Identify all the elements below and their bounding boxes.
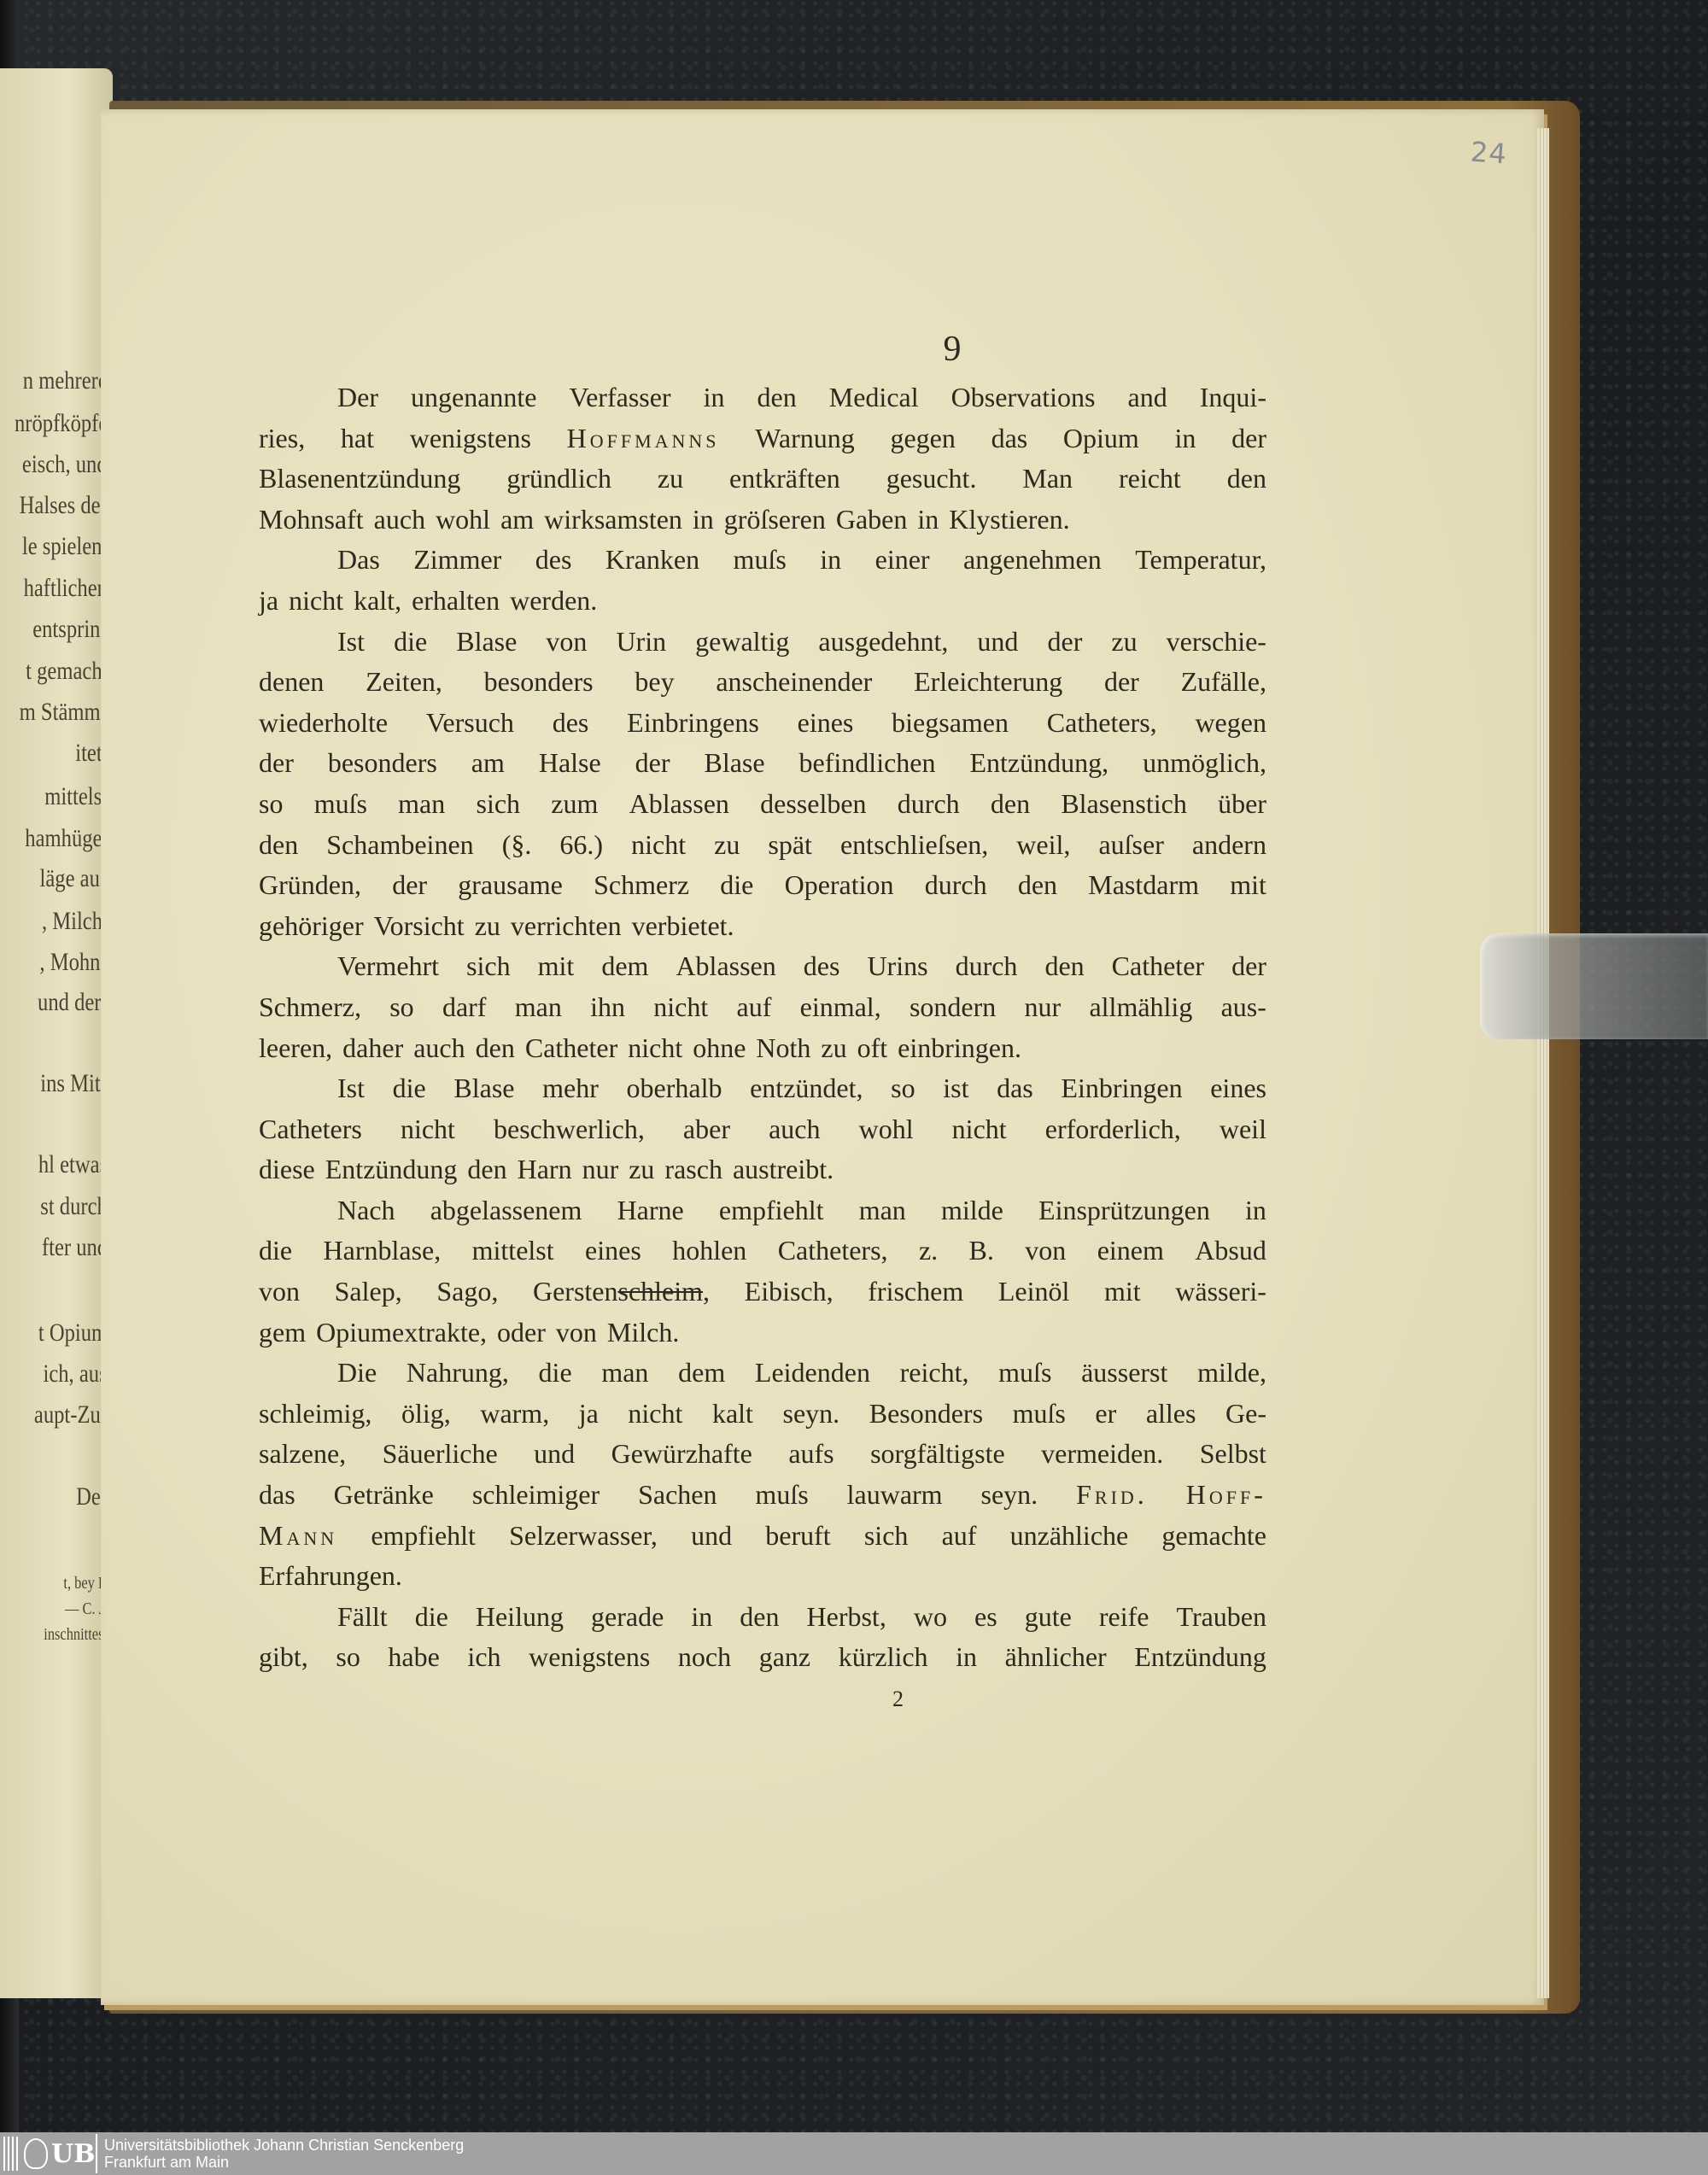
word: zu xyxy=(658,459,683,500)
word: der xyxy=(635,743,670,784)
printer-signature-mark: 2 xyxy=(892,1687,904,1712)
word: der xyxy=(1047,622,1082,663)
left-page-text-line: entsprin- xyxy=(33,615,108,644)
word: Schmerz xyxy=(594,865,689,906)
word: nur xyxy=(1025,987,1062,1028)
word: in xyxy=(1175,418,1196,459)
portrait-icon xyxy=(24,2138,48,2169)
word: den xyxy=(1018,865,1057,906)
word: Blase xyxy=(456,622,517,663)
word: Temperatur, xyxy=(1135,540,1266,581)
word: ohne xyxy=(693,1028,746,1069)
left-page-text-line: ich, aus xyxy=(44,1359,108,1389)
text-line: Cathetersnichtbeschwerlich,aberauchwohln… xyxy=(259,1109,1266,1150)
text-line: gehörigerVorsichtzuverrichtenverbietet. xyxy=(259,906,1266,947)
word: Verfasser xyxy=(570,377,671,418)
word: mit xyxy=(538,946,575,987)
struck-word: schleim xyxy=(617,1276,703,1307)
word: muſs xyxy=(755,1475,808,1516)
word: gewaltig xyxy=(695,622,789,663)
word: gröſseren xyxy=(724,500,826,541)
word: die xyxy=(415,1597,448,1638)
text-line: FälltdieHeilunggeradeindenHerbst,woesgut… xyxy=(259,1597,1266,1638)
word: angenehmen xyxy=(963,540,1102,581)
word: Entzündung, xyxy=(969,743,1108,784)
word: Absud xyxy=(1195,1231,1266,1272)
word: den xyxy=(757,377,797,418)
library-footer-banner: UB Universitätsbibliothek Johann Christi… xyxy=(0,2132,1708,2175)
word: ist xyxy=(943,1068,968,1109)
word: wohl xyxy=(859,1109,914,1150)
word: Catheters, xyxy=(778,1231,888,1272)
word: rasch xyxy=(664,1149,722,1190)
page-number: 9 xyxy=(0,329,1708,370)
text-line: vonSalep,Sago,Gerstenschleim,Eibisch,fri… xyxy=(259,1272,1266,1313)
text-line: DasZimmerdesKrankenmuſsineinerangenehmen… xyxy=(259,540,1266,581)
word: des xyxy=(535,540,572,581)
word: Catheter xyxy=(1112,946,1204,987)
word: Erleichterung xyxy=(914,662,1062,703)
word: ihn xyxy=(590,987,625,1028)
word: ganz xyxy=(759,1637,810,1678)
word: Säuerliche xyxy=(383,1434,498,1475)
word: austreibt. xyxy=(733,1149,834,1190)
word: Leinöl xyxy=(998,1272,1070,1313)
word: anscheinender xyxy=(716,662,872,703)
word: Gewürzhafte xyxy=(611,1434,752,1475)
word: weil xyxy=(1220,1109,1266,1150)
word: schleimiger xyxy=(472,1475,600,1516)
left-page-text-line: läge aus xyxy=(39,864,108,893)
word: schleimig, xyxy=(259,1394,371,1435)
left-page-text-line: haftlichen xyxy=(24,574,108,603)
word: sich xyxy=(864,1516,909,1557)
word: darf xyxy=(442,987,487,1028)
word: gibt, xyxy=(259,1637,308,1678)
word: wo xyxy=(914,1597,947,1638)
word: kalt xyxy=(712,1394,753,1435)
word: die xyxy=(720,865,753,906)
text-line: ries,hatwenigstensHoffmannsWarnunggegend… xyxy=(259,418,1266,459)
word: Milch. xyxy=(607,1313,679,1354)
word: nicht xyxy=(952,1109,1007,1150)
word: Gründen, xyxy=(259,865,361,906)
word: Ist xyxy=(337,622,365,663)
word: wohl xyxy=(436,500,490,541)
word: muſs xyxy=(1013,1394,1066,1435)
word: sich xyxy=(466,946,511,987)
left-page-text-line: t Opium xyxy=(38,1318,108,1348)
word: befindlichen xyxy=(799,743,936,784)
text-line: wiederholteVersuchdesEinbringenseinesbie… xyxy=(259,703,1266,744)
word: von xyxy=(546,622,587,663)
word: z. xyxy=(919,1231,938,1272)
word: Observations xyxy=(951,377,1096,418)
word: den xyxy=(259,825,298,866)
word: in xyxy=(691,1597,712,1638)
word: Mastdarm xyxy=(1088,865,1199,906)
word: er xyxy=(1095,1394,1116,1435)
word: der xyxy=(259,743,294,784)
text-line: dieHarnblase,mittelsteineshohlenCatheter… xyxy=(259,1231,1266,1272)
text-line: IstdieBlasevonUringewaltigausgedehnt,und… xyxy=(259,622,1266,663)
word: seyn. xyxy=(783,1394,840,1435)
word: sich xyxy=(476,784,520,825)
library-name: Universitätsbibliothek Johann Christian … xyxy=(104,2137,464,2171)
word: lauwarm xyxy=(847,1475,943,1516)
word: verbietet. xyxy=(632,906,734,947)
word: so xyxy=(259,784,283,825)
word: Blase xyxy=(453,1068,514,1109)
word: Schambeinen xyxy=(326,825,473,866)
text-line: DerungenannteVerfasserindenMedicalObserv… xyxy=(259,377,1266,418)
left-page-text-line: n mehrere xyxy=(23,366,108,395)
left-page-text-line: mittelst xyxy=(44,782,108,811)
word: bey xyxy=(635,662,674,703)
text-line: NachabgelassenemHarneempfiehltmanmildeEi… xyxy=(259,1190,1266,1231)
word: gehöriger xyxy=(259,906,364,947)
word: wenigstens xyxy=(410,418,531,459)
word: ja xyxy=(579,1394,599,1435)
left-page-text-line: fter und xyxy=(42,1233,108,1262)
left-page-text-line: ins Mit- xyxy=(40,1069,108,1098)
word: in xyxy=(704,377,725,418)
word: Herbst, xyxy=(807,1597,886,1638)
word: Das xyxy=(337,540,380,581)
word: wegen xyxy=(1195,703,1266,744)
word: einer xyxy=(875,540,930,581)
word: in xyxy=(1245,1190,1266,1231)
word: nicht xyxy=(631,825,686,866)
word: hohlen xyxy=(672,1231,746,1272)
word: andern xyxy=(1192,825,1266,866)
word: Nahrung, xyxy=(407,1353,509,1394)
word: Catheter xyxy=(525,1028,617,1069)
text-line: Gründen,dergrausameSchmerzdieOperationdu… xyxy=(259,865,1266,906)
word: mit xyxy=(1230,865,1266,906)
word: in xyxy=(917,500,939,541)
word: wässeri- xyxy=(1175,1272,1266,1313)
word: besonders xyxy=(484,662,594,703)
word: beruft xyxy=(765,1516,830,1557)
word: dem xyxy=(601,946,648,987)
word: 66.) xyxy=(559,825,603,866)
word: mit xyxy=(1104,1272,1141,1313)
word: eines xyxy=(1210,1068,1266,1109)
left-page-text-line: hamhügel xyxy=(25,824,108,853)
word: Frid. xyxy=(1076,1475,1148,1516)
word: muſs xyxy=(734,540,787,581)
word: reicht xyxy=(1119,459,1181,500)
word: Salep, xyxy=(335,1272,402,1313)
word: Mohnsaft xyxy=(259,500,364,541)
left-page-text-line: nröpfköpfe xyxy=(15,409,108,438)
word: Hoff- xyxy=(1186,1475,1266,1516)
text-line: denSchambeinen(§.66.)nichtzuspätentschli… xyxy=(259,825,1266,866)
left-page-text-line: m Stämm- xyxy=(20,698,108,727)
word: den xyxy=(1044,946,1084,987)
word: das xyxy=(991,418,1028,459)
word: nur xyxy=(582,1149,619,1190)
word: man xyxy=(515,987,562,1028)
word: Warnung xyxy=(755,418,855,459)
word: B. xyxy=(969,1231,994,1272)
word: denen xyxy=(259,662,324,703)
word: Die xyxy=(337,1353,377,1394)
word: Besonders xyxy=(869,1394,983,1435)
word: gegen xyxy=(890,418,955,459)
word: unzähliche xyxy=(1010,1516,1129,1557)
word: seyn. xyxy=(981,1475,1038,1516)
word: einbringen. xyxy=(898,1028,1021,1069)
word: aufs xyxy=(788,1434,834,1475)
text-line: Mohnsaftauchwohlamwirksamsteningröſseren… xyxy=(259,500,1266,541)
text-line: schleimig,ölig,warm,janichtkaltseyn.Beso… xyxy=(259,1394,1266,1435)
word: ölig, xyxy=(401,1394,451,1435)
word: Blasenstich xyxy=(1061,784,1187,825)
word: Mann xyxy=(259,1516,337,1557)
word: Man xyxy=(1022,459,1073,500)
word: Einbringen xyxy=(1061,1068,1182,1109)
word: zu xyxy=(821,1028,846,1069)
word: Vermehrt xyxy=(337,946,439,987)
word: so xyxy=(891,1068,915,1109)
word: durch xyxy=(956,946,1018,987)
word: desselben xyxy=(760,784,866,825)
word: kürzlich xyxy=(839,1637,928,1678)
word: zu xyxy=(714,825,740,866)
word: der xyxy=(1231,418,1266,459)
word: nicht xyxy=(289,581,343,622)
word: den xyxy=(991,784,1030,825)
word: Selbst xyxy=(1200,1434,1266,1475)
pillars-icon xyxy=(3,2137,19,2171)
word: grausame xyxy=(458,865,563,906)
word: Gaben xyxy=(836,500,908,541)
page-body-text: DerungenannteVerfasserindenMedicalObserv… xyxy=(259,377,1266,1678)
word: Sachen xyxy=(638,1475,717,1516)
word: auch xyxy=(374,500,425,541)
text-line: Blasenentzündunggründlichzuentkräftenges… xyxy=(259,459,1266,500)
word: Zimmer xyxy=(413,540,501,581)
word: Selzerwasser, xyxy=(509,1516,658,1557)
word: Harn xyxy=(518,1149,572,1190)
word: die xyxy=(259,1231,292,1272)
word: des xyxy=(553,703,589,744)
word: auch xyxy=(769,1109,820,1150)
word: Trauben xyxy=(1177,1597,1266,1638)
word: ries, xyxy=(259,418,305,459)
word: ich xyxy=(467,1637,500,1678)
word: man xyxy=(601,1353,648,1394)
word: zum xyxy=(551,784,598,825)
word: auf xyxy=(736,987,771,1028)
word: Zeiten, xyxy=(366,662,442,703)
word: Halse xyxy=(539,743,601,784)
word: Inqui- xyxy=(1200,377,1266,418)
word: Catheters xyxy=(259,1109,362,1150)
text-line: somuſsmansichzumAblassendesselbendurchde… xyxy=(259,784,1266,825)
word: allmählig xyxy=(1089,987,1192,1028)
left-page-text-line: aupt-Zu- xyxy=(34,1400,108,1430)
word: besonders xyxy=(328,743,437,784)
word: milde xyxy=(941,1190,1003,1231)
word: gem xyxy=(259,1313,306,1354)
word: es xyxy=(974,1597,997,1638)
word: zu xyxy=(1111,622,1137,663)
word: zu xyxy=(475,906,500,947)
word: Harnblase, xyxy=(324,1231,442,1272)
word: daher xyxy=(342,1028,403,1069)
library-name-line1: Universitätsbibliothek Johann Christian … xyxy=(104,2137,464,2154)
word: durch xyxy=(925,865,987,906)
logo-text: UB xyxy=(51,2139,96,2169)
word: Urin xyxy=(616,622,666,663)
text-line: Schmerz,sodarfmanihnnichtaufeinmal,sonde… xyxy=(259,987,1266,1028)
word: alles xyxy=(1146,1394,1196,1435)
word: wiederholte xyxy=(259,703,388,744)
word: Klystieren. xyxy=(949,500,1069,541)
word: Sago, xyxy=(436,1272,498,1313)
text-line: salzene,SäuerlicheundGewürzhafteaufssorg… xyxy=(259,1434,1266,1475)
word: empfiehlt xyxy=(719,1190,824,1231)
word: gesucht. xyxy=(886,459,977,500)
text-line: janichtkalt,erhaltenwerden. xyxy=(259,581,1266,622)
text-line: derbesondersamHalsederBlasebefindlichenE… xyxy=(259,743,1266,784)
word: Erfahrungen. xyxy=(259,1556,402,1597)
word: mittelst xyxy=(472,1231,554,1272)
left-page-text-line: und der- xyxy=(38,988,108,1017)
word: leeren, xyxy=(259,1028,332,1069)
word: das xyxy=(997,1068,1033,1109)
left-page-text-line: , Mohn- xyxy=(40,948,108,977)
word: aus- xyxy=(1221,987,1266,1028)
word: Catheters, xyxy=(1047,703,1157,744)
word: verschie- xyxy=(1167,622,1266,663)
word: ja xyxy=(259,581,278,622)
word: oberhalb xyxy=(627,1068,722,1109)
word: den xyxy=(476,1028,515,1069)
word: Noth xyxy=(756,1028,810,1069)
word: über xyxy=(1218,784,1266,825)
text-line: leeren,daherauchdenCatheternichtohneNoth… xyxy=(259,1028,1266,1069)
word: weil, xyxy=(1016,825,1070,866)
word: so xyxy=(389,987,413,1028)
word: reife xyxy=(1099,1597,1149,1638)
word: Blase xyxy=(704,743,764,784)
word: Zufälle, xyxy=(1181,662,1266,703)
left-page-text-line: , Milch, xyxy=(42,907,108,936)
word: der xyxy=(1231,946,1266,987)
word: Opiumextrakte, xyxy=(316,1313,487,1354)
word: wirksamsten xyxy=(544,500,682,541)
word: Urins xyxy=(867,946,927,987)
word: von xyxy=(556,1313,597,1354)
word: muſs xyxy=(314,784,367,825)
word: werden. xyxy=(510,581,597,622)
ub-logo: UB xyxy=(2,2134,97,2173)
word: auch xyxy=(413,1028,465,1069)
word: gemachte xyxy=(1161,1516,1266,1557)
word: nicht xyxy=(628,1028,682,1069)
word: oder xyxy=(497,1313,546,1354)
word: milde, xyxy=(1197,1353,1266,1394)
left-page-text-line: t gemacht xyxy=(26,657,108,686)
word: Hoffmanns xyxy=(567,418,720,459)
word: Ablassen xyxy=(629,784,729,825)
word: diese xyxy=(259,1149,315,1190)
word: in xyxy=(693,500,714,541)
word: Nach xyxy=(337,1190,395,1231)
word: nicht xyxy=(401,1109,455,1150)
word: man xyxy=(859,1190,906,1231)
word: äusserst xyxy=(1081,1353,1167,1394)
text-line: dasGetränkeschleimigerSachenmuſslauwarms… xyxy=(259,1475,1266,1516)
word: in xyxy=(820,540,841,581)
left-page-text-line: hl etwas xyxy=(38,1150,108,1179)
word: Ablassen xyxy=(676,946,775,987)
word: and xyxy=(1128,377,1167,418)
word: Fällt xyxy=(337,1597,388,1638)
word: vermeiden. xyxy=(1041,1434,1163,1475)
word: muſs xyxy=(998,1353,1051,1394)
word: Vorsicht xyxy=(374,906,465,947)
word: beschwerlich, xyxy=(494,1109,645,1150)
word: den xyxy=(740,1597,779,1638)
word: Versuch xyxy=(426,703,514,744)
left-page-text-line: Halses der xyxy=(20,491,108,520)
word: von xyxy=(259,1272,300,1313)
word: in xyxy=(956,1637,977,1678)
word: Schmerz, xyxy=(259,987,361,1028)
left-page-footnote: inschnittes. xyxy=(44,1625,108,1645)
word: Heilung xyxy=(476,1597,564,1638)
word: Leidenden xyxy=(755,1353,870,1394)
word: und xyxy=(534,1434,575,1475)
word: Blasenentzündung xyxy=(259,459,460,500)
word: aber xyxy=(683,1109,730,1150)
word: die xyxy=(394,622,427,663)
word: (§. xyxy=(502,825,532,866)
word: Gerstenschleim, xyxy=(533,1272,710,1313)
word: auſser xyxy=(1098,825,1163,866)
word: hat xyxy=(341,418,374,459)
word: Entzündung xyxy=(325,1149,458,1190)
word: Kranken xyxy=(605,540,699,581)
word: erforderlich, xyxy=(1045,1109,1181,1150)
library-name-line2: Frankfurt am Main xyxy=(104,2154,464,2171)
word: Getränke xyxy=(334,1475,434,1516)
word: und xyxy=(691,1516,732,1557)
word: unmöglich, xyxy=(1143,743,1266,784)
page-edges xyxy=(1537,128,1549,1998)
word: zu xyxy=(629,1149,654,1190)
word: oft xyxy=(857,1028,888,1069)
left-page-text-line: le spielen, xyxy=(22,532,108,561)
word: abgelassenem xyxy=(430,1190,582,1231)
word: und xyxy=(977,622,1018,663)
left-page-text-line: st durch xyxy=(40,1192,108,1221)
word: entschlieſsen, xyxy=(840,825,988,866)
word: kalt, xyxy=(354,581,401,622)
word: Ge- xyxy=(1225,1394,1266,1435)
text-line: IstdieBlasemehroberhalbentzündet,soistda… xyxy=(259,1068,1266,1109)
word: warm, xyxy=(480,1394,549,1435)
word: von xyxy=(1025,1231,1066,1272)
text-line: dieseEntzündungdenHarnnurzuraschaustreib… xyxy=(259,1149,1266,1190)
shelfmark-number: 24 xyxy=(1470,136,1508,171)
word: den xyxy=(1227,459,1266,500)
